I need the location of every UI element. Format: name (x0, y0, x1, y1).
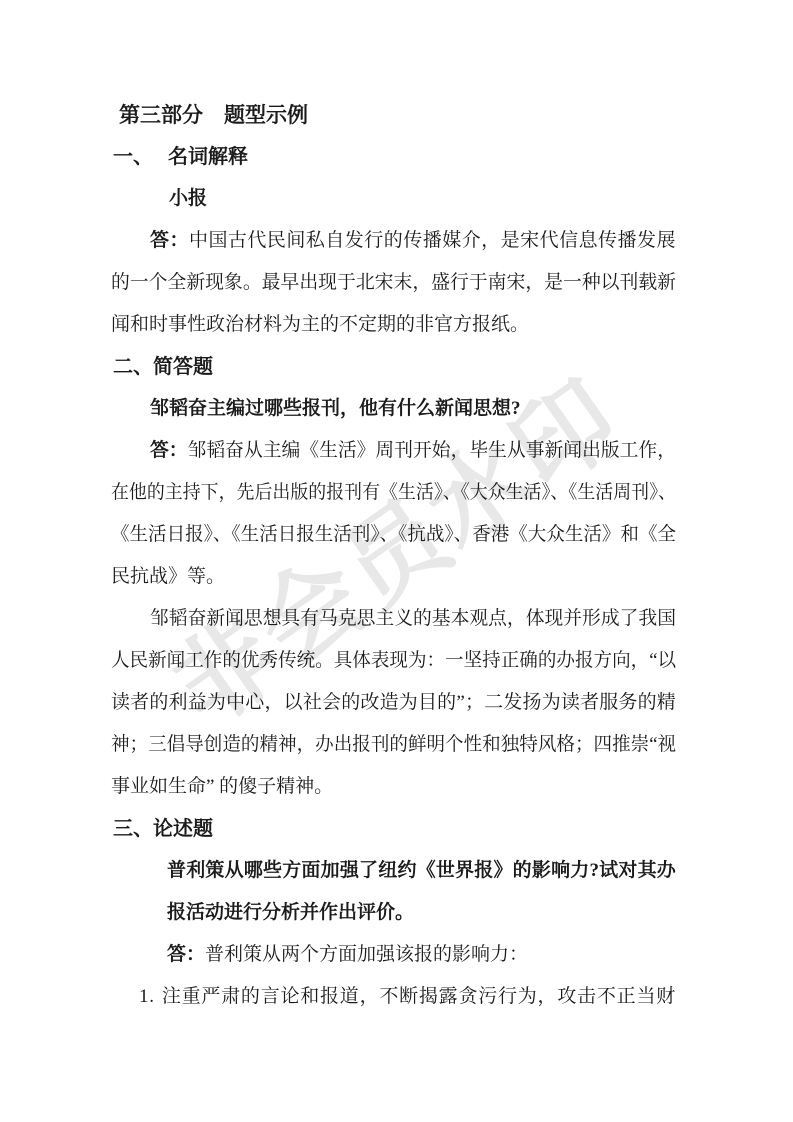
section-heading-3: 三、论述题 (111, 808, 676, 850)
text-line: 在他的主持下，先后出版的报刊有《生活》、《大众生活》、《生活周刊》、 (111, 472, 676, 514)
text-line: 神；三倡导创造的精神，办出报刊的鲜明个性和独特风格；四推崇“视 (111, 724, 676, 766)
text-line: 答：普利策从两个方面加强该报的影响力： (111, 934, 676, 976)
text-line: 人民新闻工作的优秀传统。具体表现为：一坚持正确的办报方向，“以 (111, 640, 676, 682)
numbered-item: 1.注重严肃的言论和报道，不断揭露贪污行为，攻击不正当财 (111, 976, 676, 1018)
section-heading-1: 一、名词解释 (111, 136, 676, 178)
text-line: 答：中国古代民间私自发行的传播媒介，是宋代信息传播发展 (111, 220, 676, 262)
text-line: 民抗战》等。 (111, 556, 676, 598)
text-line: 的一个全新现象。最早出现于北宋末，盛行于南宋，是一种以刊载新 (111, 262, 676, 304)
text-line: 事业如生命” 的傻子精神。 (111, 766, 676, 808)
document-body: 第三部分 题型示例 一、名词解释 小报 答：中国古代民间私自发行的传播媒介，是宋… (111, 94, 676, 1018)
question-title: 普利策从哪些方面加强了纽约《世界报》的影响力?试对其办 (111, 850, 676, 892)
text-line: 邹韬奋新闻思想具有马克思主义的基本观点，体现并形成了我国 (111, 598, 676, 640)
question-title: 报活动进行分析并作出评价。 (111, 892, 676, 934)
question-title: 邹韬奋主编过哪些报刊，他有什么新闻思想? (111, 388, 676, 430)
text-line: 《生活日报》、《生活日报生活刊》、《抗战》、香港《大众生活》和《全 (111, 514, 676, 556)
section-heading-2: 二、简答题 (111, 346, 676, 388)
text-line: 答：邹韬奋从主编《生活》周刊开始，毕生从事新闻出版工作， (111, 430, 676, 472)
text-line: 闻和时事性政治材料为主的不定期的非官方报纸。 (111, 304, 676, 346)
term-title: 小报 (111, 178, 676, 220)
part-heading: 第三部分 题型示例 (111, 94, 676, 136)
text-line: 读者的利益为中心，以社会的改造为目的”；二发扬为读者服务的精 (111, 682, 676, 724)
document-page: 非会员水印 第三部分 题型示例 一、名词解释 小报 答：中国古代民间私自发行的传… (0, 0, 793, 1122)
